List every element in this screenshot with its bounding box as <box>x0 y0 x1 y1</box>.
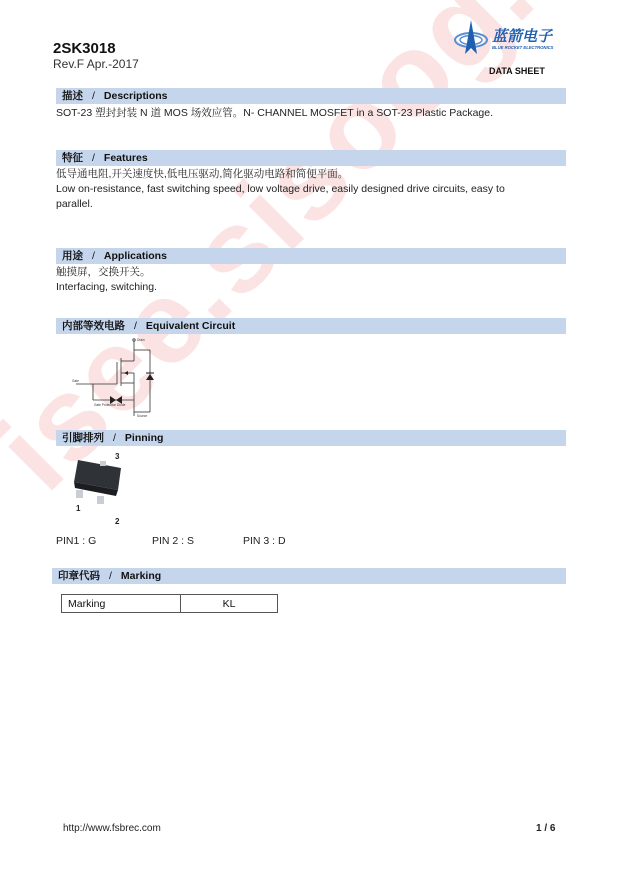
applications-text-cn: 触摸屏，交换开关。 <box>56 265 546 280</box>
marking-value-cell: KL <box>181 595 278 613</box>
svg-text:Gate Protection Diode: Gate Protection Diode <box>94 403 126 407</box>
footer-url[interactable]: http://www.fsbrec.com <box>63 823 161 834</box>
logo-en: BLUE ROCKET ELECTRONICS <box>492 45 554 50</box>
marking-label-cell: Marking <box>62 595 181 613</box>
doc-type: DATA SHEET <box>489 66 545 76</box>
page-number: 1 / 6 <box>536 823 555 834</box>
logo-cn: 蓝箭电子 <box>492 28 554 45</box>
section-header-pinning: 引脚排列/Pinning <box>56 430 566 446</box>
section-header-equivalent-circuit: 内部等效电路/Equivalent Circuit <box>56 318 566 334</box>
description-text: SOT-23 塑封封装 N 道 MOS 场效应管。N- CHANNEL MOSF… <box>56 106 576 121</box>
svg-text:Gate: Gate <box>72 379 79 383</box>
table-row: Marking KL <box>62 595 278 613</box>
applications-text-en: Interfacing, switching. <box>56 280 546 295</box>
section-header-marking: 印章代码/Marking <box>52 568 566 584</box>
section-header-features: 特征/Features <box>56 150 566 166</box>
section-header-descriptions: 描述/Descriptions <box>56 88 566 104</box>
features-text-cn: 低导通电阻,开关速度快,低电压驱动,简化驱动电路和简便平面。 <box>56 167 546 182</box>
svg-text:Source: Source <box>137 414 147 418</box>
section-header-applications: 用途/Applications <box>56 248 566 264</box>
pin-1-label: PIN1 : G <box>56 534 136 549</box>
sot23-package-image: 1 2 3 <box>66 448 146 530</box>
pin-2-label: PIN 2 : S <box>152 534 232 549</box>
revision: Rev.F Apr.-2017 <box>53 57 139 71</box>
svg-text:Drain: Drain <box>137 338 145 342</box>
pin-3-label: PIN 3 : D <box>243 534 323 549</box>
equivalent-circuit-diagram: Drain Gate Source Gate Protection Diode <box>66 336 166 418</box>
features-text-en: Low on-resistance, fast switching speed,… <box>56 182 541 212</box>
svg-text:1: 1 <box>76 504 81 513</box>
svg-text:2: 2 <box>115 517 120 526</box>
marking-table: Marking KL <box>61 594 278 613</box>
svg-text:3: 3 <box>115 452 120 461</box>
part-number: 2SK3018 <box>53 40 116 57</box>
